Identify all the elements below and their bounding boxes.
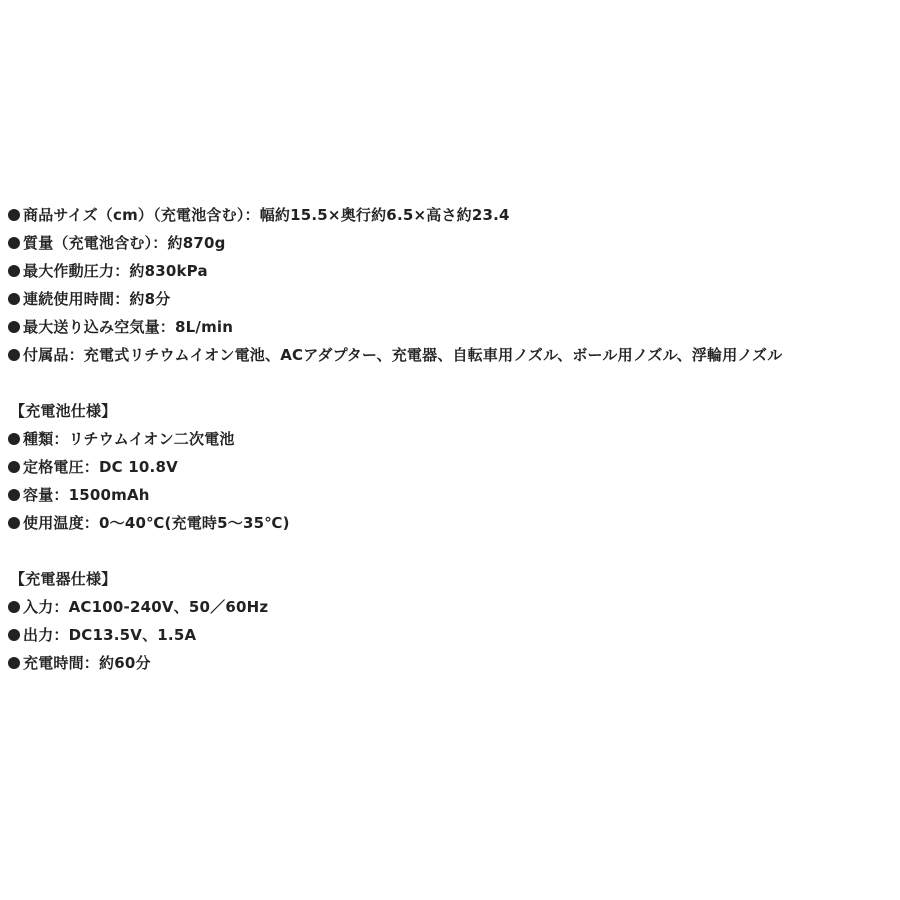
spec-item-text: 付属品：充電式リチウムイオン電池、ACアダプター、充電器、自転車用ノズル、ボール… xyxy=(23,346,782,364)
bullet-icon xyxy=(8,293,20,305)
bullet-icon xyxy=(8,209,20,221)
bullet-icon xyxy=(8,601,20,613)
battery-spec-heading: 【充電池仕様】 xyxy=(8,397,892,425)
spec-item-text: 連続使用時間：約8分 xyxy=(23,290,170,308)
spec-document: 商品サイズ（cm）（充電池含む）：幅約15.5×奥行約6.5×高さ約23.4 質… xyxy=(8,201,892,677)
spec-item-text: 商品サイズ（cm）（充電池含む）：幅約15.5×奥行約6.5×高さ約23.4 xyxy=(23,206,510,224)
spec-item-text: 質量（充電池含む）：約870g xyxy=(23,234,226,252)
charger-item-text: 出力：DC13.5V、1.5A xyxy=(23,626,196,644)
charger-item-input: 入力：AC100-240V、50／60Hz xyxy=(8,593,892,621)
battery-item-type: 種類：リチウムイオン二次電池 xyxy=(8,425,892,453)
battery-item-capacity: 容量：1500mAh xyxy=(8,481,892,509)
battery-item-text: 使用温度：0～40℃(充電時5～35℃) xyxy=(23,514,290,532)
bullet-icon xyxy=(8,321,20,333)
battery-item-temperature: 使用温度：0～40℃(充電時5～35℃) xyxy=(8,509,892,537)
spec-item-continuous-use: 連続使用時間：約8分 xyxy=(8,285,892,313)
spec-item-weight: 質量（充電池含む）：約870g xyxy=(8,229,892,257)
spec-item-accessories: 付属品：充電式リチウムイオン電池、ACアダプター、充電器、自転車用ノズル、ボール… xyxy=(8,341,892,369)
battery-item-text: 容量：1500mAh xyxy=(23,486,150,504)
bullet-icon xyxy=(8,517,20,529)
bullet-icon xyxy=(8,657,20,669)
bullet-icon xyxy=(8,237,20,249)
bullet-icon xyxy=(8,433,20,445)
bullet-icon xyxy=(8,265,20,277)
battery-item-text: 種類：リチウムイオン二次電池 xyxy=(23,430,235,448)
charger-item-charge-time: 充電時間：約60分 xyxy=(8,649,892,677)
charger-item-text: 充電時間：約60分 xyxy=(23,654,151,672)
bullet-icon xyxy=(8,461,20,473)
spec-item-airflow: 最大送り込み空気量：8L/min xyxy=(8,313,892,341)
charger-item-text: 入力：AC100-240V、50／60Hz xyxy=(23,598,268,616)
battery-item-text: 定格電圧：DC 10.8V xyxy=(23,458,178,476)
spec-item-text: 最大送り込み空気量：8L/min xyxy=(23,318,233,336)
charger-spec-heading: 【充電器仕様】 xyxy=(8,565,892,593)
charger-item-output: 出力：DC13.5V、1.5A xyxy=(8,621,892,649)
bullet-icon xyxy=(8,629,20,641)
spacer xyxy=(8,537,892,565)
spec-item-size: 商品サイズ（cm）（充電池含む）：幅約15.5×奥行約6.5×高さ約23.4 xyxy=(8,201,892,229)
spec-item-max-pressure: 最大作動圧力：約830kPa xyxy=(8,257,892,285)
spec-item-text: 最大作動圧力：約830kPa xyxy=(23,262,208,280)
bullet-icon xyxy=(8,489,20,501)
bullet-icon xyxy=(8,349,20,361)
battery-item-voltage: 定格電圧：DC 10.8V xyxy=(8,453,892,481)
spacer xyxy=(8,369,892,397)
